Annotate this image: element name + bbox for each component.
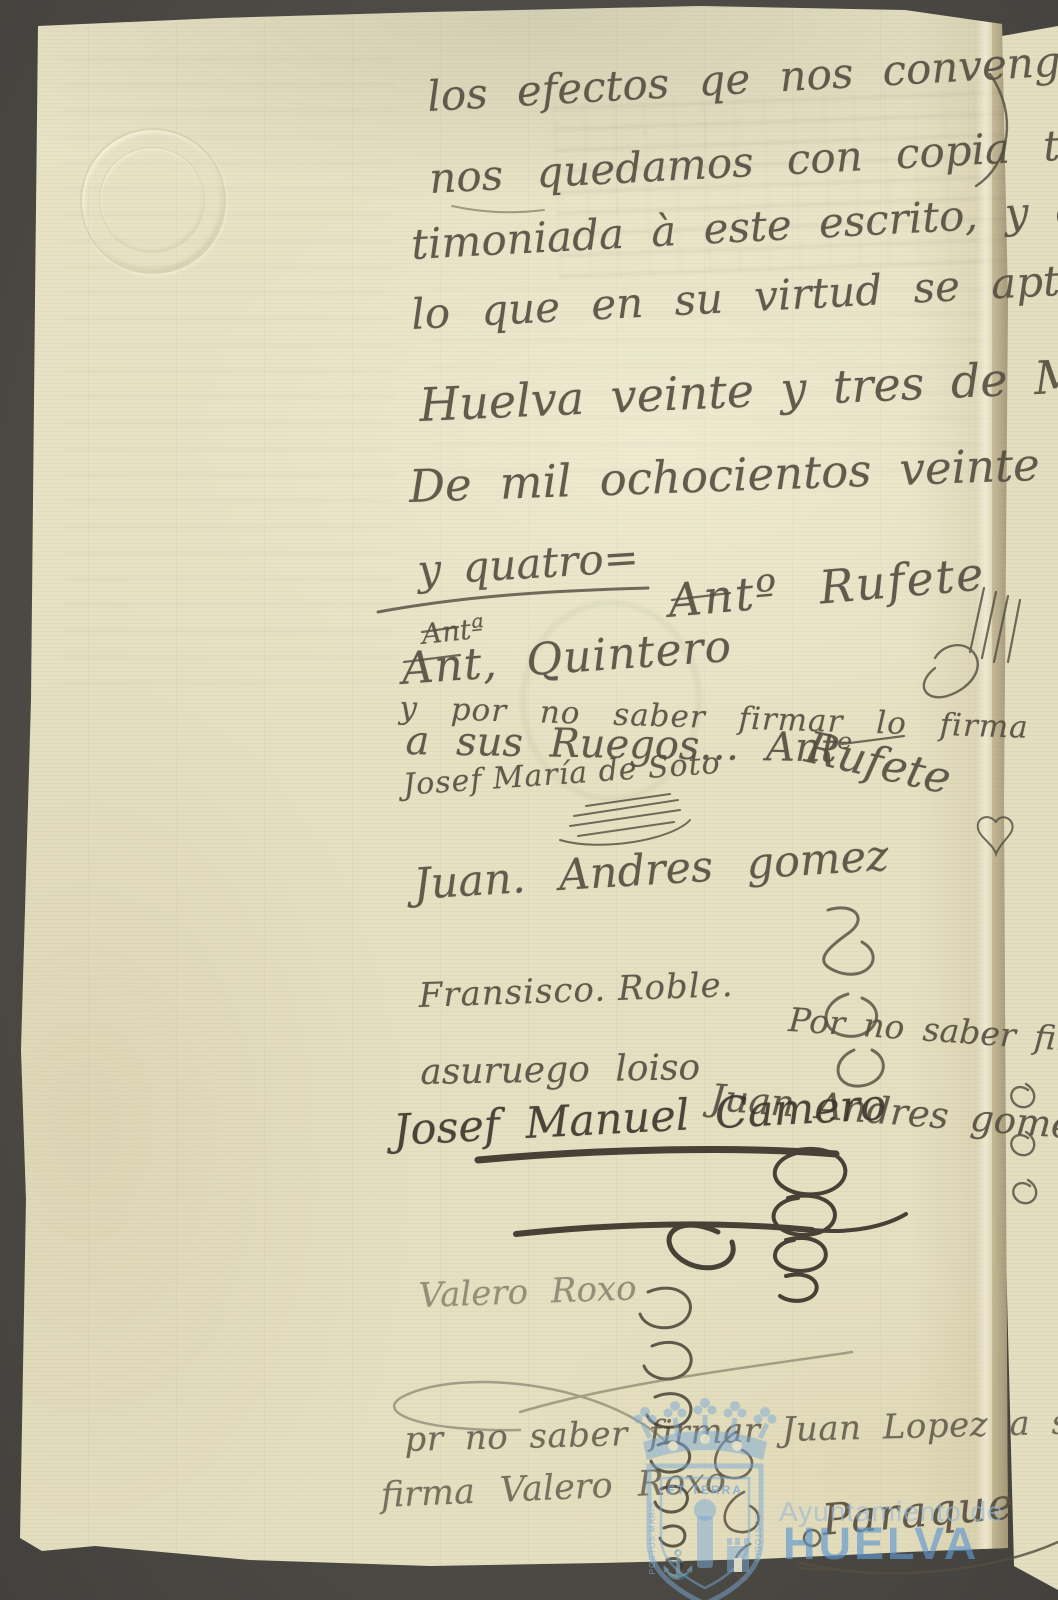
note-a-su-ruego: asuruego loiso — [420, 1047, 701, 1093]
embossed-seal — [80, 128, 226, 274]
scan-background: los efectos qe nos convengan nos quedamo… — [0, 0, 1058, 1600]
signature-valero-roxo-1: Valero Roxo — [418, 1268, 637, 1316]
embossed-seal-inner-ring — [99, 147, 205, 253]
